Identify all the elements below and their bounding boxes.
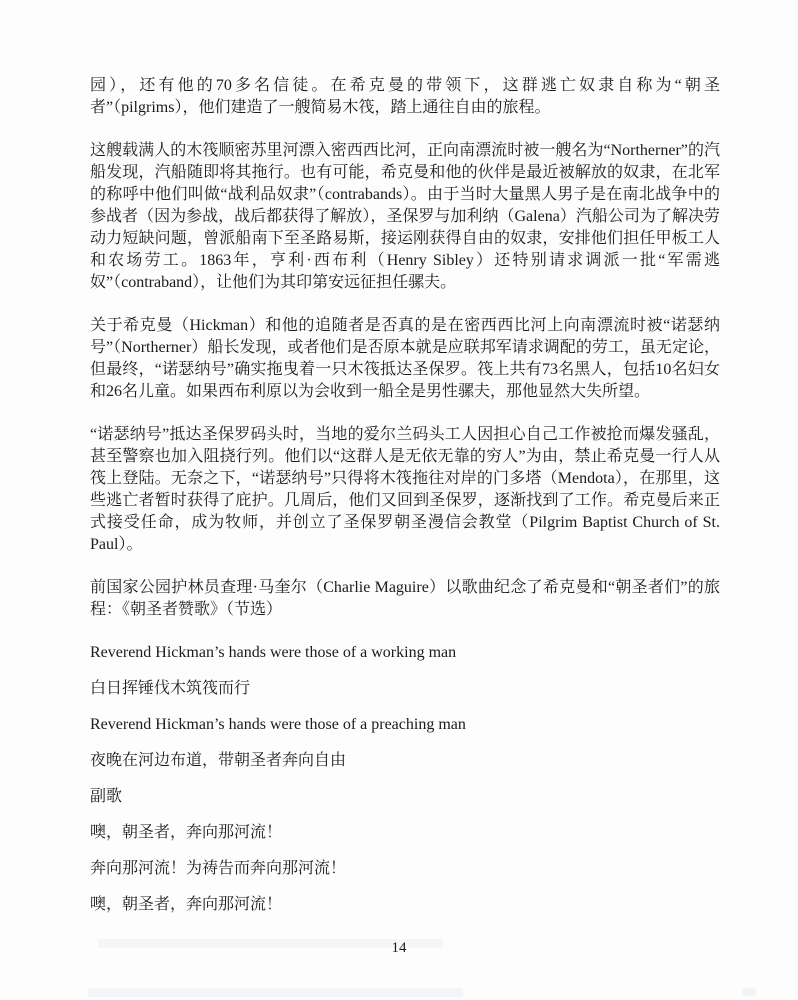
lyric-line: 夜晚在河边布道，带朝圣者奔向自由 [90, 750, 720, 772]
lyric-line: 噢，朝圣者，奔向那河流！ [90, 822, 720, 844]
lyric-line: Reverend Hickman’s hands were those of a… [90, 714, 720, 736]
body-paragraph: 关于希克曼（Hickman）和他的追随者是否真的是在密西西比河上向南漂流时被“诺… [90, 315, 720, 403]
body-paragraph: “诺瑟纳号”抵达圣保罗码头时，当地的爱尔兰码头工人因担心自己工作被抢而爆发骚乱，… [90, 424, 720, 556]
body-paragraph: 这艘载满人的木筏顺密苏里河漂入密西西比河，正向南漂流时被一艘名为“Norther… [90, 140, 720, 294]
lyric-line: Reverend Hickman’s hands were those of a… [90, 642, 720, 664]
body-paragraph: 园），还有他的70多名信徒。在希克曼的带领下，这群逃亡奴隶自称为“朝圣者”（pi… [90, 75, 720, 119]
page-content: 园），还有他的70多名信徒。在希克曼的带领下，这群逃亡奴隶自称为“朝圣者”（pi… [90, 75, 720, 930]
scan-artifact [742, 988, 756, 996]
lyric-line: 噢，朝圣者，奔向那河流！ [90, 894, 720, 916]
lyric-line: 副歌 [90, 786, 720, 808]
lyric-line: 奔向那河流！为祷告而奔向那河流！ [90, 858, 720, 880]
body-paragraph: 前国家公园护林员查理·马奎尔（Charlie Maguire）以歌曲纪念了希克曼… [90, 577, 720, 621]
scan-artifact [88, 988, 463, 997]
document-page: 园），还有他的70多名信徒。在希克曼的带领下，这群逃亡奴隶自称为“朝圣者”（pi… [0, 0, 798, 1000]
page-number: 14 [0, 938, 798, 958]
lyric-line: 白日挥锤伐木筑筏而行 [90, 678, 720, 700]
